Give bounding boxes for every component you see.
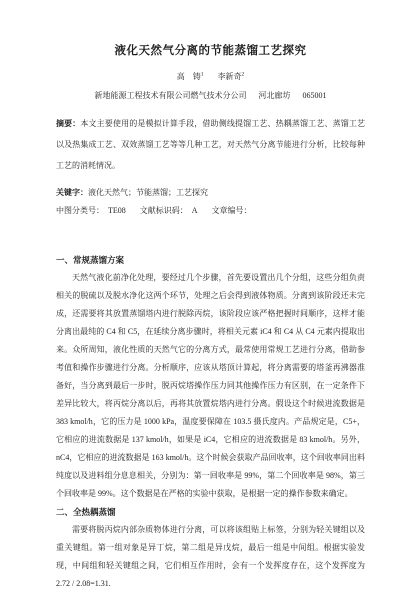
affiliation-line: 新地能源工程技术有限公司燃气技术分公司河北廊坊065001 [56, 91, 365, 101]
author-2-superscript: 2 [242, 71, 245, 77]
clc-value: TE08 [108, 206, 126, 215]
section-1-heading: 一、常规蒸馏方案 [56, 251, 365, 269]
authors-line: 高 铸1李新奇2 [56, 72, 365, 82]
affiliation-zip: 065001 [303, 91, 327, 100]
classification-line: 中图分类号：TE08文献标识码：A文章编号： [56, 202, 365, 220]
doc-code-label: 文献标识码： [140, 206, 188, 215]
author-1: 高 铸1 [177, 72, 204, 81]
document-page: 液化天然气分离的节能蒸馏工艺探究 高 铸1李新奇2 新地能源工程技术有限公司燃气… [0, 0, 417, 590]
keywords-line: 关键字：液化天然气；节能蒸馏；工艺探究 [56, 184, 365, 202]
abstract-label: 摘要： [56, 119, 80, 128]
abstract-text: 本文主要使用的是模拟计算手段，借助侧线提馏工艺、热耦蒸馏工艺、蒸馏工艺以及热集成… [56, 119, 365, 170]
section-2-paragraph: 需要将脱丙烷内部杂质物体进行分离，可以将该组贴上标签，分别为轻关键组以及重关键组… [56, 521, 365, 590]
keywords-label: 关键字： [56, 188, 88, 197]
author-1-name: 高 铸 [177, 72, 201, 81]
section-2-heading: 二、全热耦蒸馏 [56, 503, 365, 521]
author-2: 李新奇2 [218, 72, 245, 81]
author-1-superscript: 1 [201, 71, 204, 77]
keywords-text: 液化天然气；节能蒸馏；工艺探究 [88, 188, 208, 197]
article-no-label: 文章编号： [212, 206, 252, 215]
doc-code-value: A [192, 206, 198, 215]
section-1-paragraph: 天然气液化前净化处理，要经过几个步骤，首先要设置出几个分组，这些分组负责相关的脱… [56, 269, 365, 503]
affiliation-org: 新地能源工程技术有限公司燃气技术分公司 [95, 91, 247, 100]
page-title: 液化天然气分离的节能蒸馏工艺探究 [56, 44, 365, 59]
clc-label: 中图分类号： [56, 206, 104, 215]
author-2-name: 李新奇 [218, 72, 242, 81]
abstract-paragraph: 摘要：本文主要使用的是模拟计算手段，借助侧线提馏工艺、热耦蒸馏工艺、蒸馏工艺以及… [56, 113, 365, 176]
affiliation-city: 河北廊坊 [259, 91, 291, 100]
